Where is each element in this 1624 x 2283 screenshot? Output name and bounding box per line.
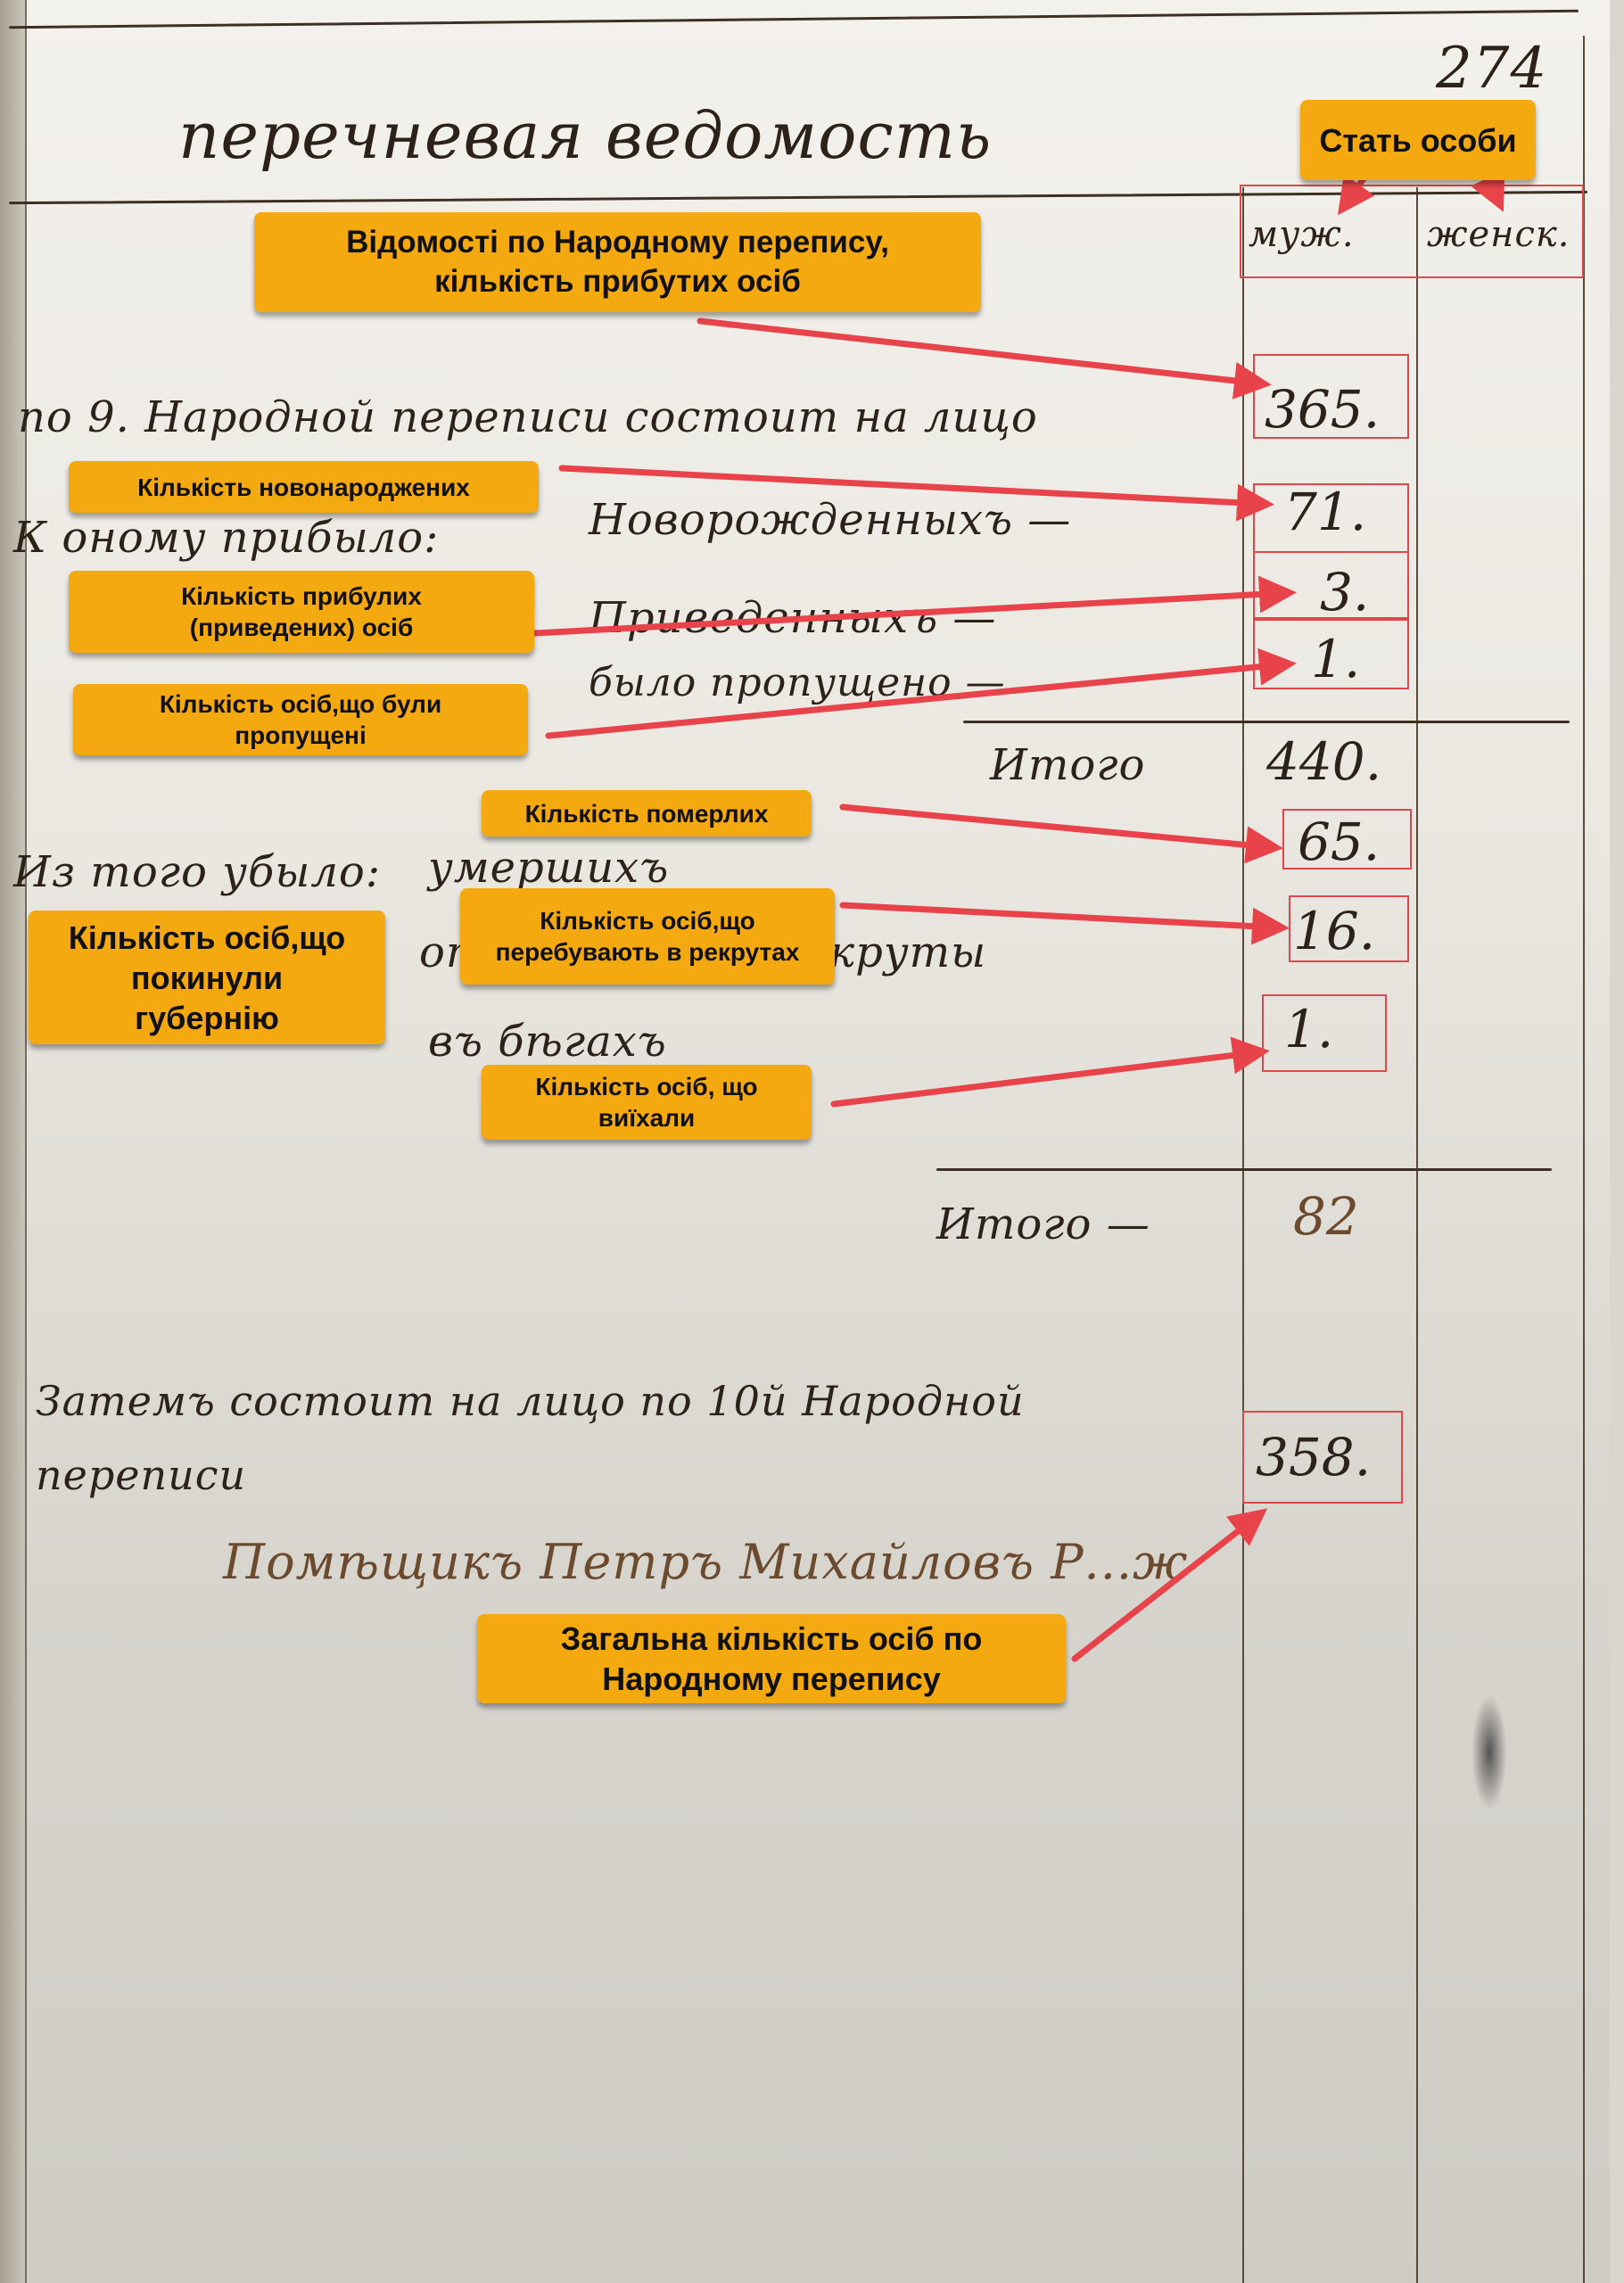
highlight-runaway (1262, 994, 1387, 1072)
row-label-missed: было пропущено — (589, 660, 1006, 705)
column-divider-left (1242, 187, 1244, 2283)
census-document-page (25, 0, 1610, 2283)
subtotal-label-2: Итого — (936, 1199, 1150, 1249)
row-label-final-total: Затемъ состоит на лицо по 10й Народной п… (36, 1364, 1213, 1512)
highlight-final-total (1242, 1411, 1403, 1504)
callout-recruits: Кількість осіб,що перебувають в рекрутах (460, 888, 835, 985)
row-group-departed: Из того убыло: (13, 847, 381, 897)
highlight-census-prev (1253, 354, 1409, 439)
subtotal-value-2: 82 (1293, 1186, 1359, 1247)
row-label-deceased: умершихъ (428, 843, 669, 893)
row-label-brought: Приведенныхъ — (589, 593, 996, 643)
callout-left-province: Кількість осіб,що покинули губернію (29, 911, 385, 1044)
callout-deceased: Кількість померлих (482, 790, 812, 837)
highlight-deceased (1282, 809, 1412, 870)
highlight-column-headers (1240, 185, 1584, 278)
subtotal-rule-1 (963, 721, 1570, 723)
ink-smudge (1471, 1694, 1507, 1810)
subtotal-value-1: 440. (1266, 731, 1381, 792)
highlight-brought (1253, 551, 1409, 619)
callout-census-arrived: Відомості по Народному перепису, кількіс… (254, 212, 981, 312)
callout-brought: Кількість прибулих (приведених) осіб (69, 571, 534, 653)
highlight-newborns (1253, 483, 1409, 553)
row-label-census-prev: по 9. Народной переписи состоит на лицо (18, 392, 1038, 442)
callout-sex: Стать особи (1300, 100, 1536, 180)
row-label-newborns: Новорожденныхъ — (589, 495, 1071, 545)
column-divider-mid (1416, 187, 1418, 2283)
callout-newborns: Кількість новонароджених (69, 461, 539, 513)
book-spine (0, 0, 25, 2283)
page-number: 274 (1436, 36, 1547, 102)
row-label-runaway: въ бѣгахъ (428, 1017, 667, 1067)
highlight-recruits (1289, 895, 1409, 962)
subtotal-label-1: Итого (990, 740, 1145, 790)
subtotal-rule-2 (936, 1168, 1552, 1171)
column-divider-right (1583, 36, 1585, 2283)
highlight-missed (1253, 619, 1409, 689)
signature: Помѣщикъ Петръ Михайловъ Р...ж (223, 1534, 1188, 1590)
callout-missed: Кількість осіб,що були пропущені (73, 684, 528, 755)
callout-departed: Кількість осіб, що виїхали (482, 1065, 812, 1140)
callout-final-total: Загальна кількість осіб по Народному пер… (477, 1614, 1066, 1703)
document-title: перечневая ведомость (178, 98, 992, 173)
row-group-arrived: К оному прибыло: (13, 513, 439, 563)
